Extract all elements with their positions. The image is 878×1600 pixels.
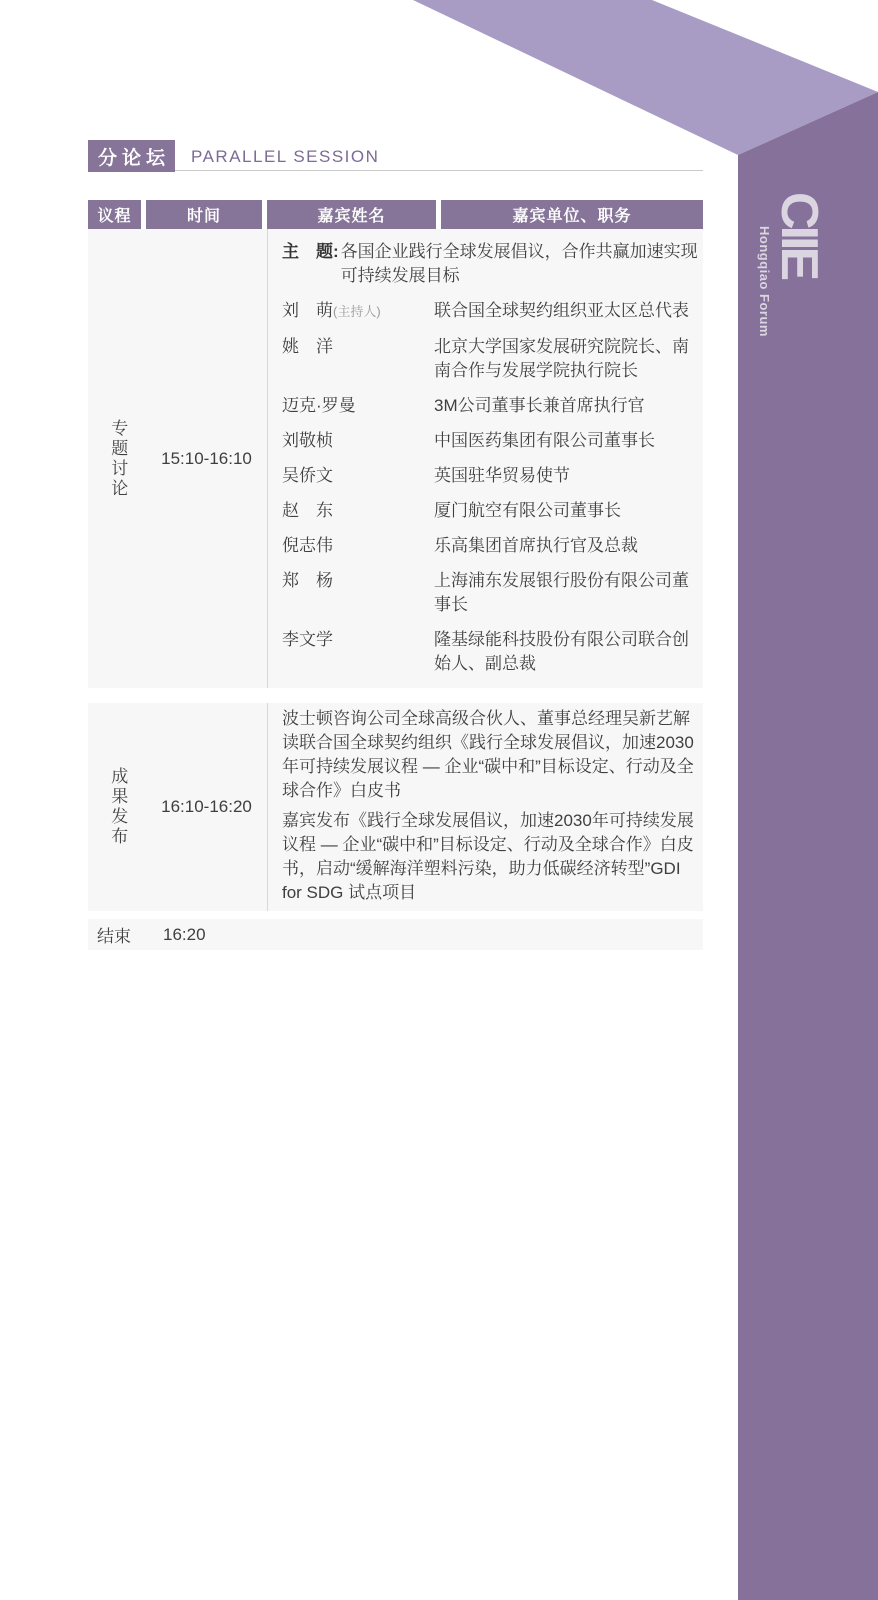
section-underline	[175, 170, 703, 171]
session-paragraph: 嘉宾发布《践行全球发展倡议，加速2030年可持续发展议程 — 企业“碳中和”目标…	[282, 809, 703, 905]
session-content: 波士顿咨询公司全球高级合伙人、董事总经理吴新艺解读联合国全球契约组织《践行全球发…	[267, 703, 703, 911]
guest-row: 郑 杨 上海浦东发展银行股份有限公司董事长	[282, 569, 703, 617]
guest-row: 迈克·罗曼 3M公司董事长兼首席执行官	[282, 394, 703, 418]
program-page: CIIE Hongqiao Forum 分论坛 PARALLEL SESSION…	[0, 0, 878, 1600]
guest-name: 姚 洋	[282, 335, 434, 383]
guest-org: 北京大学国家发展研究院院长、南南合作与发展学院执行院长	[434, 335, 703, 383]
guest-org: 中国医药集团有限公司董事长	[434, 429, 703, 453]
guest-name-text: 刘 萌	[282, 301, 333, 320]
guest-name: 迈克·罗曼	[282, 394, 434, 418]
guest-row: 刘敬桢 中国医药集团有限公司董事长	[282, 429, 703, 453]
guest-org: 乐高集团首席执行官及总裁	[434, 534, 703, 558]
col-header-guest-org: 嘉宾单位、职务	[441, 200, 703, 229]
end-label: 结束	[97, 922, 163, 947]
agenda-label: 专题讨论	[107, 419, 127, 499]
time-label: 15:10-16:10	[146, 449, 267, 469]
guest-org: 英国驻华贸易使节	[434, 464, 703, 488]
end-time: 16:20	[163, 925, 206, 945]
guest-org: 隆基绿能科技股份有限公司联合创始人、副总裁	[434, 628, 703, 676]
time-label: 16:10-16:20	[146, 797, 267, 817]
table-row: 专题讨论 15:10-16:10 主 题: 各国企业践行全球发展倡议，合作共赢加…	[88, 229, 703, 688]
guest-org: 上海浦东发展银行股份有限公司董事长	[434, 569, 703, 617]
hongqiao-forum-label: Hongqiao Forum	[757, 226, 772, 337]
guest-name: 李文学	[282, 628, 434, 676]
col-header-time: 时间	[146, 200, 262, 229]
agenda-cell: 成果发布	[88, 767, 146, 847]
schedule-table: 议程 时间 嘉宾姓名 嘉宾单位、职务 专题讨论 15:10-16:10 主 题:…	[88, 200, 703, 950]
col-header-agenda: 议程	[88, 200, 141, 229]
moderator-note: (主持人)	[333, 304, 381, 319]
section-tag: 分论坛	[88, 140, 175, 172]
session-paragraph: 波士顿咨询公司全球高级合伙人、董事总经理吴新艺解读联合国全球契约组织《践行全球发…	[282, 707, 703, 803]
table-row: 成果发布 16:10-16:20 波士顿咨询公司全球高级合伙人、董事总经理吴新艺…	[88, 703, 703, 911]
guest-name: 倪志伟	[282, 534, 434, 558]
agenda-label: 成果发布	[107, 767, 127, 847]
table-header-row: 议程 时间 嘉宾姓名 嘉宾单位、职务	[88, 200, 703, 229]
topic-line: 主 题: 各国企业践行全球发展倡议，合作共赢加速实现可持续发展目标	[282, 240, 703, 288]
guest-name: 吴侨文	[282, 464, 434, 488]
guest-row: 倪志伟 乐高集团首席执行官及总裁	[282, 534, 703, 558]
guest-name: 刘 萌(主持人)	[282, 299, 434, 324]
guest-row: 吴侨文 英国驻华贸易使节	[282, 464, 703, 488]
end-row: 结束 16:20	[88, 919, 703, 950]
topic-label: 主 题:	[282, 240, 339, 288]
guest-org: 厦门航空有限公司董事长	[434, 499, 703, 523]
guest-name: 刘敬桢	[282, 429, 434, 453]
guest-row: 赵 东 厦门航空有限公司董事长	[282, 499, 703, 523]
col-header-guest-name: 嘉宾姓名	[267, 200, 436, 229]
guest-name: 赵 东	[282, 499, 434, 523]
section-tag-en: PARALLEL SESSION	[191, 147, 379, 167]
guest-row: 李文学 隆基绿能科技股份有限公司联合创始人、副总裁	[282, 628, 703, 676]
guest-name: 郑 杨	[282, 569, 434, 617]
session-content: 主 题: 各国企业践行全球发展倡议，合作共赢加速实现可持续发展目标 刘 萌(主持…	[267, 229, 703, 688]
guest-org: 联合国全球契约组织亚太区总代表	[434, 299, 703, 324]
guest-row: 姚 洋 北京大学国家发展研究院院长、南南合作与发展学院执行院长	[282, 335, 703, 383]
ciie-logo: CIIE	[773, 192, 825, 277]
topic-text: 各国企业践行全球发展倡议，合作共赢加速实现可持续发展目标	[341, 240, 703, 288]
guest-row: 刘 萌(主持人) 联合国全球契约组织亚太区总代表	[282, 299, 703, 324]
agenda-cell: 专题讨论	[88, 419, 146, 499]
guest-org: 3M公司董事长兼首席执行官	[434, 394, 703, 418]
lavender-band-shape	[413, 0, 878, 155]
